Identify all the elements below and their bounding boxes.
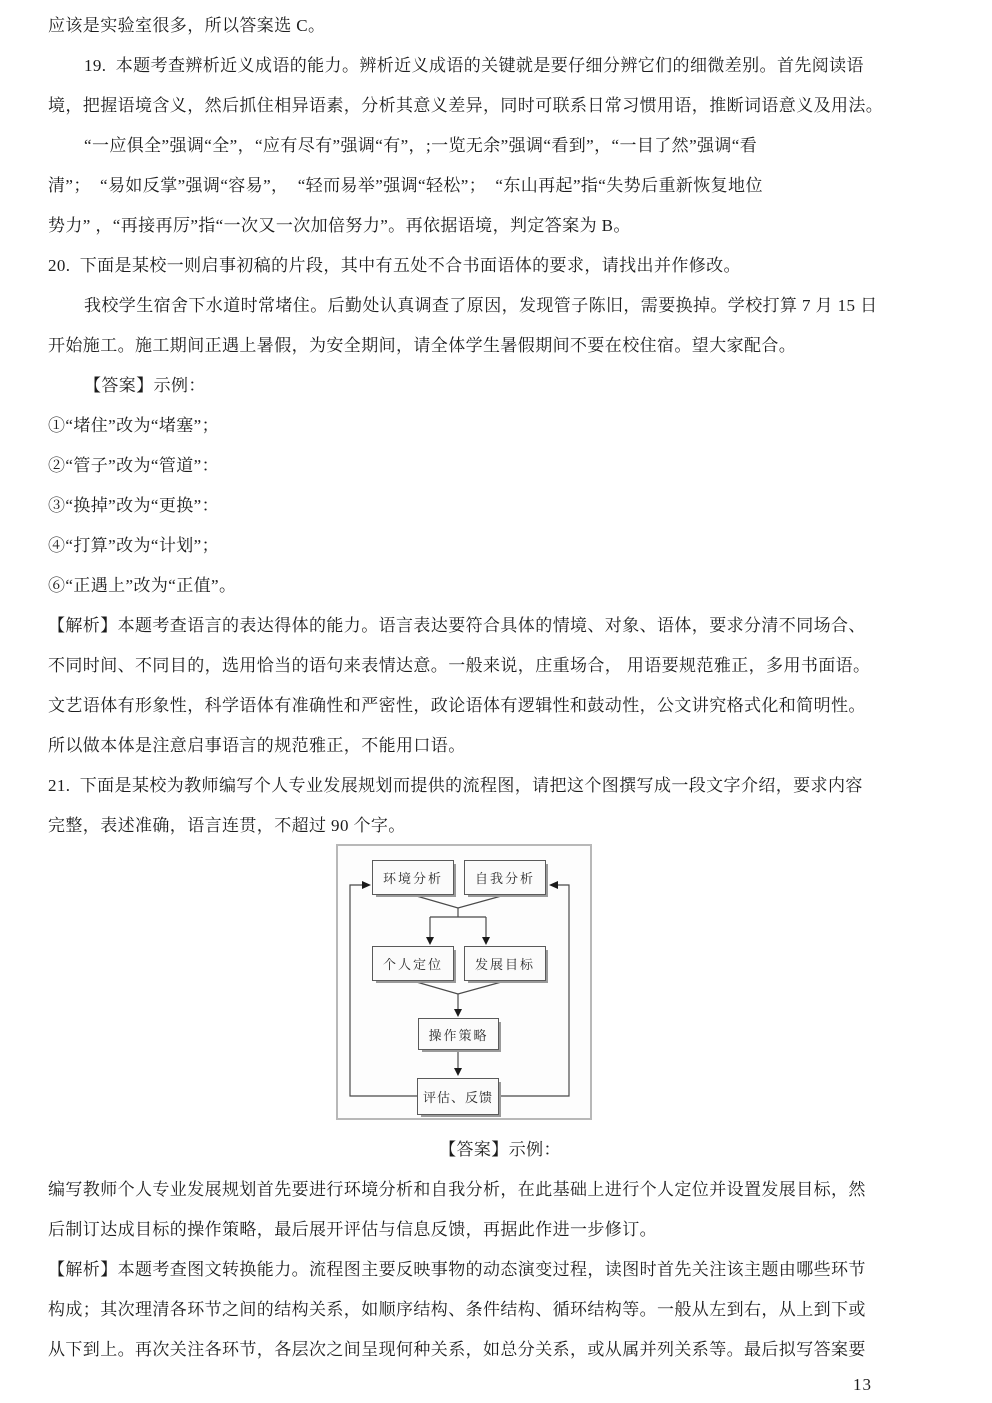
q19-line: 势力” ，“再接再厉”指“一次又一次加倍努力”。再依据语境，判定答案为 B。 (48, 206, 952, 246)
q19-line: 19. 本题考查辨析近义成语的能力。辨析近义成语的关键就是要仔细分辨它们的细微差… (48, 46, 952, 86)
q20-edit-item: ⑥“正遇上”改为“正值”。 (48, 566, 952, 606)
q20-answer-header: 【答案】示例： (48, 366, 952, 406)
q21-answer-line: 后制订达成目标的操作策略，最后展开评估与信息反馈，再据此作进一步修订。 (48, 1210, 952, 1250)
page-number: 13 (48, 1370, 952, 1403)
text-line-answer-c: 应该是实验室很多，所以答案选 C。 (48, 6, 952, 46)
q21-line: 21. 下面是某校为教师编写个人专业发展规划而提供的流程图，请把这个图撰写成一段… (48, 766, 952, 806)
q19-line: “一应俱全”强调“全”，“应有尽有”强调“有”，;一览无余”强调“看到”，“一目… (48, 126, 952, 166)
q21-answer-header: 【答案】示例： (48, 1130, 952, 1170)
q19-line: 境，把握语境含义，然后抓住相异语素，分析其意义差异，同时可联系日常习惯用语，推断… (48, 86, 952, 126)
q20-analysis-line: 【解析】本题考查语言的表达得体的能力。语言表达要符合具体的情境、对象、语体，要求… (48, 606, 952, 646)
flowchart-node-personal-positioning: 个人定位 (372, 946, 454, 981)
q20-line: 开始施工。施工期间正遇上暑假，为安全期间，请全体学生暑假期间不要在校住宿。望大家… (48, 326, 952, 366)
q20-edit-item: ①“堵住”改为“堵塞”； (48, 406, 952, 446)
flowchart-node-evaluation-feedback: 评估、反馈 (417, 1078, 499, 1115)
q20-edit-item: ③“换掉”改为“更换”： (48, 486, 952, 526)
q19-line: 清”； “易如反掌”强调“容易”， “轻而易举”强调“轻松”； “东山再起”指“… (48, 166, 952, 206)
q20-edit-item: ④“打算”改为“计划”； (48, 526, 952, 566)
q20-line: 我校学生宿舍下水道时常堵住。后勤处认真调查了原因，发现管子陈旧，需要换掉。学校打… (48, 286, 952, 326)
q20-line: 20. 下面是某校一则启事初稿的片段，其中有五处不合书面语体的要求，请找出并作修… (48, 246, 952, 286)
q20-edit-item: ②“管子”改为“管道”： (48, 446, 952, 486)
flowchart-node-development-goals: 发展目标 (464, 946, 546, 981)
q20-analysis-line: 不同时间、不同目的，选用恰当的语句来表情达意。一般来说，庄重场合， 用语要规范雅… (48, 646, 952, 686)
flowchart-node-environment-analysis: 环境分析 (372, 860, 454, 895)
q21-analysis-line: 【解析】本题考查图文转换能力。流程图主要反映事物的动态演变过程，读图时首先关注该… (48, 1250, 952, 1290)
q21-analysis-line: 从下到上。再次关注各环节，各层次之间呈现何种关系，如总分关系，或从属并列关系等。… (48, 1330, 952, 1370)
flowchart-figure: 环境分析 自我分析 个人定位 发展目标 操作策略 评估、反馈 (336, 844, 592, 1120)
flowchart-node-operation-strategy: 操作策略 (418, 1018, 499, 1050)
document-page: 应该是实验室很多，所以答案选 C。 19. 本题考查辨析近义成语的能力。辨析近义… (0, 0, 992, 1403)
q20-analysis-line: 所以做本体是注意启事语言的规范雅正，不能用口语。 (48, 726, 952, 766)
flowchart-node-self-analysis: 自我分析 (464, 860, 546, 895)
q20-analysis-line: 文艺语体有形象性，科学语体有准确性和严密性，政论语体有逻辑性和鼓动性，公文讲究格… (48, 686, 952, 726)
q21-answer-line: 编写教师个人专业发展规划首先要进行环境分析和自我分析，在此基础上进行个人定位并设… (48, 1170, 952, 1210)
q21-line: 完整，表述准确，语言连贯，不超过 90 个字。 (48, 806, 952, 846)
q21-analysis-line: 构成；其次理清各环节之间的结构关系，如顺序结构、条件结构、循环结构等。一般从左到… (48, 1290, 952, 1330)
